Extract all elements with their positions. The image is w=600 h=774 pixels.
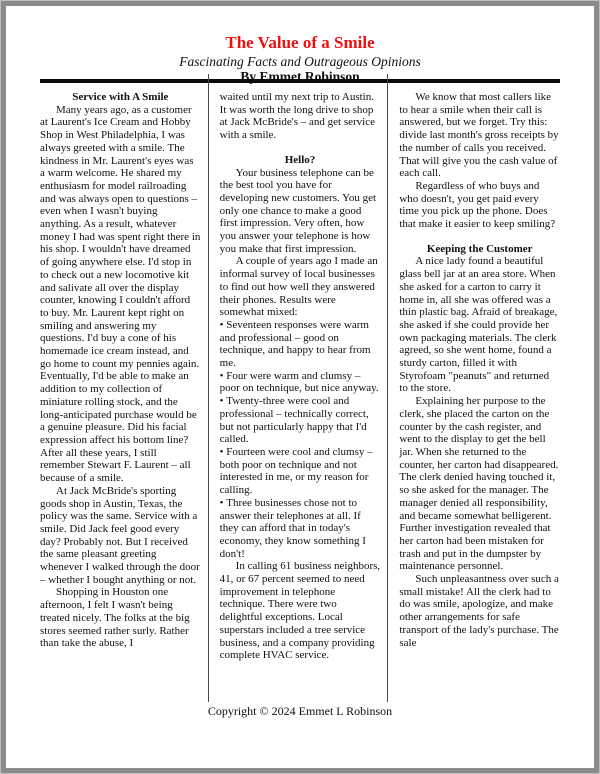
- page-title: The Value of a Smile: [0, 33, 600, 52]
- bullet-item: Four were warm and clumsy – poor on tech…: [220, 370, 381, 395]
- document-page: The Value of a Smile Fascinating Facts a…: [0, 0, 600, 774]
- bullet-item: Fourteen were cool and clumsy – both poo…: [220, 446, 381, 497]
- paragraph: At Jack McBride's sporting goods shop in…: [40, 485, 201, 587]
- page-subtitle: Fascinating Facts and Outrageous Opinion…: [0, 54, 600, 69]
- paragraph: Many years ago, as a customer at Laurent…: [40, 104, 201, 485]
- copyright-footer: Copyright © 2024 Emmet L Robinson: [0, 704, 600, 718]
- paragraph: A nice lady found a beautiful glass bell…: [399, 255, 560, 395]
- paragraph-continuation: waited until my next trip to Austin. It …: [220, 91, 381, 142]
- section-heading: Service with A Smile: [40, 91, 201, 104]
- paragraph: Explaining her purpose to the clerk, she…: [399, 395, 560, 573]
- paragraph: In calling 61 business neighbors, 41, or…: [220, 560, 381, 662]
- header-rule: [40, 79, 560, 83]
- paragraph: Such unpleasantness over such a small mi…: [399, 573, 560, 649]
- document-header: The Value of a Smile Fascinating Facts a…: [0, 33, 600, 84]
- paragraph: We know that most callers like to hear a…: [399, 91, 560, 180]
- section-heading: Keeping the Customer: [399, 243, 560, 256]
- bullet-item: Seventeen responses were warm and profes…: [220, 319, 381, 370]
- column-3: We know that most callers like to hear a…: [399, 91, 560, 704]
- paragraph: Your business telephone can be the best …: [220, 167, 381, 256]
- column-divider: [208, 74, 209, 702]
- paragraph: Regardless of who buys and who doesn't, …: [399, 180, 560, 231]
- bullet-item: Three businesses chose not to answer the…: [220, 497, 381, 561]
- column-1: Service with A Smile Many years ago, as …: [40, 91, 201, 704]
- paragraph: Shopping in Houston one afternoon, I fel…: [40, 586, 201, 650]
- section-heading: Hello?: [220, 154, 381, 167]
- column-divider: [387, 74, 388, 702]
- paragraph: A couple of years ago I made an informal…: [220, 255, 381, 319]
- bullet-item: Twenty-three were cool and professional …: [220, 395, 381, 446]
- article-columns: Service with A Smile Many years ago, as …: [40, 91, 560, 704]
- column-2: waited until my next trip to Austin. It …: [220, 91, 381, 704]
